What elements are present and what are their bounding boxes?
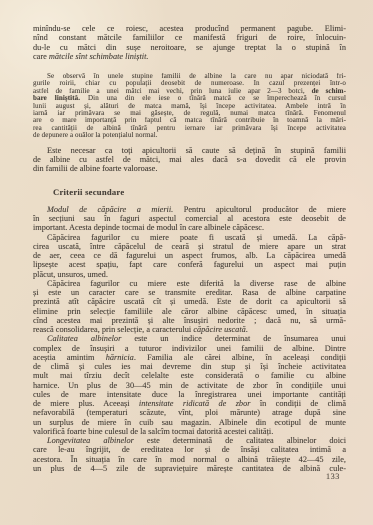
book-page: minîndu-se cele ce roiesc, acestea produ… xyxy=(0,0,373,525)
text-line: în secțiuni sau în faguri aspectul comer… xyxy=(33,214,346,223)
text-line: cirea uscată, între căpăcelul de ceară ș… xyxy=(33,242,346,251)
text-line: Se observă în unele stupine familii de a… xyxy=(33,73,346,80)
paragraph: minîndu-se cele ce roiesc, acestea produ… xyxy=(33,24,346,61)
text-line: Longevitatea albinelor este determinată … xyxy=(33,436,346,445)
text-line: nefavorabilă (temperaturi scăzute, vînt,… xyxy=(33,408,346,417)
text-line: gurile roirii, chiar cu populații deoseb… xyxy=(33,80,346,87)
text-line: de albine cu astfel de mătci, mai ales d… xyxy=(33,155,346,164)
text-line: aceștia amintim hărnicia. Familia ale că… xyxy=(33,353,346,362)
text-line: mult mai tîrziu decît celelalte este con… xyxy=(33,371,346,380)
text-line: de miere plus. Aceeași intensitate ridic… xyxy=(33,399,346,408)
text-line: un surplus de miere în cuib sau magazin.… xyxy=(33,418,346,427)
paragraph: Modul de căpăcire a mierii. Pentru apicu… xyxy=(33,205,346,233)
text-line: are o mare importanță prin faptul că mat… xyxy=(33,117,346,124)
text-line: Căpăcirea fagurilor cu miere este diferi… xyxy=(33,279,346,288)
text-line: du-le cu mătci din sușe neroitoare, se a… xyxy=(33,43,346,52)
page-number: 133 xyxy=(326,472,340,481)
text-line: lunii august și, alături de matca mamă, … xyxy=(33,103,346,110)
text-line: rească consolidarea, prin selecție, a ca… xyxy=(33,325,346,334)
paragraph: Căpăcirea fagurilor cu miere este diferi… xyxy=(33,279,346,335)
text-line: iarnă iar primăvara se mai găsește, de r… xyxy=(33,110,346,117)
text-line: elimine prin selecție familiile ale căro… xyxy=(33,307,346,316)
text-line: de climă și cules ies mai devreme din st… xyxy=(33,362,346,371)
text-line: important. Acesta depinde tocmai de modu… xyxy=(33,223,346,232)
text-line: Este necesar ca toți apicultorii să caut… xyxy=(33,146,346,155)
text-line: Căpăcirea fagurilor cu miere poate fi us… xyxy=(33,233,346,242)
text-line: prezintă atît căpăcire uscată cît și ume… xyxy=(33,297,346,306)
text-line: și este un caracter care se transmite er… xyxy=(33,288,346,297)
text-line: valorifică foarte bine culesul de la sal… xyxy=(33,427,346,436)
text-line: care le-au îngrijit, de ereditatea lor ș… xyxy=(33,445,346,454)
text-line: plăcut, unsuros, umed. xyxy=(33,270,346,279)
page-text: minîndu-se cele ce roiesc, acestea produ… xyxy=(33,24,346,473)
paragraph: Longevitatea albinelor este determinată … xyxy=(33,436,346,473)
text-line: astfel de familie a unei mătci mai vechi… xyxy=(33,88,346,95)
paragraph: Calitatea albinelor este un indice deter… xyxy=(33,334,346,436)
text-line: Modul de căpăcire a mierii. Pentru apicu… xyxy=(33,205,346,214)
text-line: harnice. Un plus de 30—45 min de activit… xyxy=(33,381,346,390)
text-line: rea cantității de albină tînără pentru i… xyxy=(33,125,346,132)
text-line: nînd constant mătcile familiilor ce mani… xyxy=(33,33,346,42)
text-line: cules de mare intensitate duce la înregi… xyxy=(33,390,346,399)
paragraph: Este necesar ca toți apicultorii să caut… xyxy=(33,146,346,174)
text-line: cînd acestea mai prezintă și alte însuși… xyxy=(33,316,346,325)
section-heading: Criterii secundare xyxy=(33,188,346,198)
text-line: din familii de albine foarte valoroase. xyxy=(33,164,346,173)
text-line: de aer, ceea ce dă fagurelui un aspect f… xyxy=(33,251,346,260)
paragraph: Căpăcirea fagurilor cu miere poate fi us… xyxy=(33,233,346,279)
text-line: care mătcile sînt schimbate liniștit. xyxy=(33,52,346,61)
paragraph: Se observă în unele stupine familii de a… xyxy=(33,73,346,140)
text-line: Criterii secundare xyxy=(33,188,346,198)
text-line: minîndu-se cele ce roiesc, acestea produ… xyxy=(33,24,346,33)
text-line: complex de însușiri a tuturor indivizilo… xyxy=(33,344,346,353)
text-line: de depunere a ouălor la potențialul norm… xyxy=(33,132,346,139)
text-line: un plus de 4—5 zile de supraviețuire măr… xyxy=(33,464,346,473)
text-line: lipsește acest spațiu, fapt care conferă… xyxy=(33,260,346,269)
text-line: acestora. În situația în care în mod nor… xyxy=(33,455,346,464)
text-line: Calitatea albinelor este un indice deter… xyxy=(33,334,346,343)
text-line: bare liniștită. Din una din ele iese o t… xyxy=(33,95,346,102)
